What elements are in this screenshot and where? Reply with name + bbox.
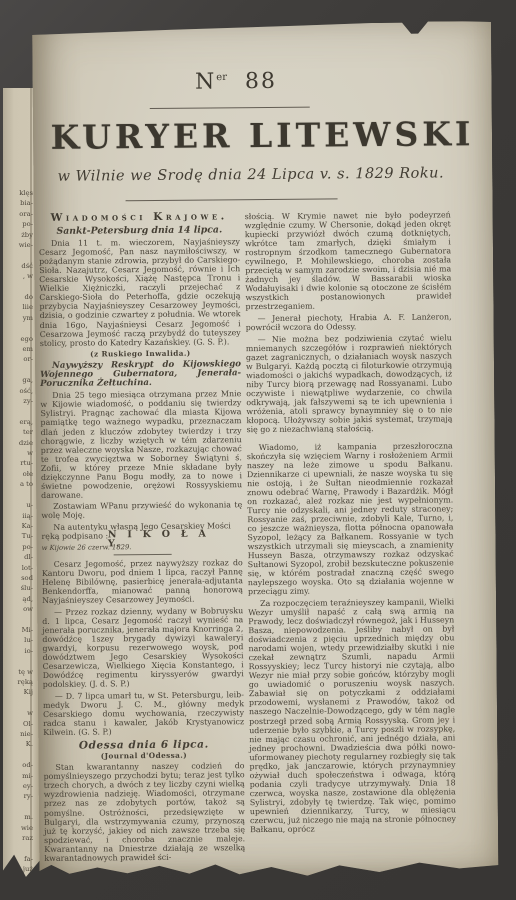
facing-page-text-fragment: ga,: [3, 375, 33, 385]
rescript-heading: Naywyższy Reskrypt do Kijowskiego Wojenn…: [40, 360, 241, 389]
facing-page-text-fragment: tę w: [3, 667, 33, 677]
facing-page-text-fragment: ślu-: [3, 583, 33, 593]
facing-page-text-fragment: [3, 750, 33, 760]
facing-page-text-fragment: , w: [3, 271, 33, 281]
facing-page-text-fragment: sod: [3, 573, 33, 583]
section-heading: Wiadomości Krajowe.: [39, 212, 240, 223]
petersburg-dateline-heading: Sankt-Petersburg dnia 14 lipca.: [39, 225, 240, 236]
issue-ordinal-suffix: er: [216, 72, 227, 83]
facing-page-text-fragment: io-: [3, 646, 33, 656]
facing-page-text-fragment: żby: [3, 230, 33, 240]
facing-page-text-fragment: bia-: [3, 198, 33, 208]
facing-page-text-fragment: raz: [3, 833, 33, 843]
right-column: słością. W Krymie nawet nie było podeyrz…: [245, 210, 456, 836]
facing-page-text-fragment: Ol-: [3, 719, 33, 729]
facing-page-text-fragment: a to: [3, 479, 33, 489]
odessa-dateline-heading: Odessa dnia 6 lipca.: [43, 740, 244, 751]
facing-page-text-fragment: ość,: [3, 386, 33, 396]
facing-page-text-fragment: zy-: [3, 396, 33, 406]
facing-page-text-fragment: m.: [3, 812, 33, 822]
petersburg-article: Dnia 11 t. m. wieczorem, Nayjaśnieyszy C…: [39, 237, 241, 347]
signature-row: ręką podpisano : N I K O Ł A Y.: [41, 530, 242, 543]
facing-page-text-fragment: od-: [3, 760, 33, 770]
facing-page-text-fragment: nie-: [3, 729, 33, 739]
facing-page-text-fragment: [3, 490, 33, 500]
facing-page-text-fragment: lot-: [3, 563, 33, 573]
facing-page-text-fragment: [3, 365, 33, 375]
lanzeron-note: — Jenerał piechoty, Hrabia A. F. Lanżero…: [246, 312, 452, 332]
issue-number: 88: [245, 69, 277, 94]
campaign-current: Za rozpoczęciem teraźnieyszey kampanii, …: [248, 597, 456, 834]
rescript-closing: Zostawiam WPanu przywieść do wykonania t…: [41, 501, 242, 521]
left-column: Wiadomości Krajowe. Sankt-Petersburg dni…: [39, 212, 246, 865]
facing-page-text-fragment: iią-: [3, 511, 33, 521]
facing-page-text-fragment: ręką: [3, 677, 33, 687]
facing-page-text-fragment: klęs: [3, 188, 33, 198]
facing-page-text-fragment: [3, 615, 33, 625]
facing-page-text-fragment: po-: [3, 542, 33, 552]
facing-page-text-fragment: ey-: [3, 781, 33, 791]
facing-page-text-fragment: ołe: [3, 469, 33, 479]
facing-page-text-fragment: or-: [3, 354, 33, 364]
facing-page-text-fragment: K.: [3, 739, 33, 749]
tsar-signature: N I K O Ł A Y.: [108, 530, 209, 549]
facing-page-text-fragment: fa-: [3, 854, 33, 864]
obituary: — D. 7 lipca umarł tu, w St. Petersburgu…: [43, 690, 244, 737]
facing-page-text-fragment: mi-: [3, 771, 33, 781]
dateline-divider: [126, 198, 338, 201]
facing-page-text-fragment: ąd,: [3, 594, 33, 604]
facing-page-text-fragment: liie: [3, 302, 33, 312]
facing-page-text-fragment: w: [3, 448, 33, 458]
campaign-last-year: Wiadomo, iż kampania przeszłoroczna skoń…: [247, 441, 454, 597]
facing-page-text-fragment: [3, 250, 33, 260]
facing-page-text-fragment: [3, 698, 33, 708]
issue-prefix: N: [195, 69, 216, 94]
facing-page-text-fragment: wie-: [3, 240, 33, 250]
facing-page-text-fragment: ego: [3, 334, 33, 344]
army-order: — Przez rozkaz dzienny, wydany w Bobruys…: [42, 606, 244, 689]
facing-page-text-fragment: erą,: [3, 417, 33, 427]
issue-number-line: Ner88: [6, 67, 465, 96]
facing-page-text-fragment: ow: [3, 604, 33, 614]
newspaper-title: KURYER LITEWSKI: [33, 114, 492, 157]
facing-page-text-fragment: em: [3, 344, 33, 354]
facing-page-text-fragment: [3, 282, 33, 292]
facing-page-text-fragment: [3, 802, 33, 812]
facing-page-text-fragment: rtu-: [3, 458, 33, 468]
facing-page-text-fragment: [3, 406, 33, 416]
press-commentary: — Nie można bez podziwienia czytać wielu…: [246, 333, 453, 434]
odessa-source-note: (Journal d'Odessa.): [43, 750, 244, 761]
quarantine-continuation: słością. W Krymie nawet nie było podeyrz…: [245, 210, 452, 311]
rescript-body: Dnia 25 tego miesiąca otrzymana przez Mn…: [40, 390, 242, 500]
facing-page-text-fragment: po-: [3, 219, 33, 229]
facing-page-text-fragment: Tu-: [3, 531, 33, 541]
facing-page-text-fragment: [3, 843, 33, 853]
facing-page-text-fragment: dzie: [3, 438, 33, 448]
facing-page-text-fragment: [3, 323, 33, 333]
signature-left-text: ręką podpisano :: [41, 531, 108, 541]
facing-page-text-fragment: [3, 656, 33, 666]
facing-page-text-fragment: u-: [3, 500, 33, 510]
facing-page-text-fragment: lu-: [3, 635, 33, 645]
facing-page-text-fragment: dl-: [3, 552, 33, 562]
facing-page-text-fragment: do: [3, 292, 33, 302]
facing-page-text-fragment: Kij: [3, 687, 33, 697]
facing-page-text-fragment: Ka-: [3, 521, 33, 531]
publication-dateline: w Wilnie we Srodę dnia 24 Lipca v. s. 18…: [21, 165, 480, 185]
source-note: (z Ruskiego Inwalida.): [40, 348, 241, 359]
facing-page-text-fragment: do-: [3, 875, 33, 880]
facing-page-text-fragment: dść: [3, 261, 33, 271]
newspaper-page: Ner88 KURYER LITEWSKI w Wilnie we Srodę …: [32, 19, 498, 881]
facing-page-text-fragment: ry-: [3, 791, 33, 801]
facing-page-text-fragment: ter: [3, 427, 33, 437]
facing-page-text-fragment: wie: [3, 823, 33, 833]
masthead-divider: [150, 107, 310, 110]
facing-page-text-fragment: Mi-: [3, 625, 33, 635]
facing-page-text-fragment: w: [3, 708, 33, 718]
facing-page-text-fragment: już: [3, 864, 33, 874]
facing-page-text-fragment: ora-: [3, 209, 33, 219]
facing-page-text-fragment: ym: [3, 313, 33, 323]
odessa-article: Stan kwarantanny naszey codzień do pomyś…: [43, 761, 245, 862]
small-divider: [113, 554, 171, 556]
court-news: Cesarz Jegomość, przez naywyższy rozkaz …: [42, 558, 243, 605]
photographed-newspaper-scene: klęsbia-ora-po-żbywie-dść, wdoliieymegoe…: [0, 0, 516, 900]
